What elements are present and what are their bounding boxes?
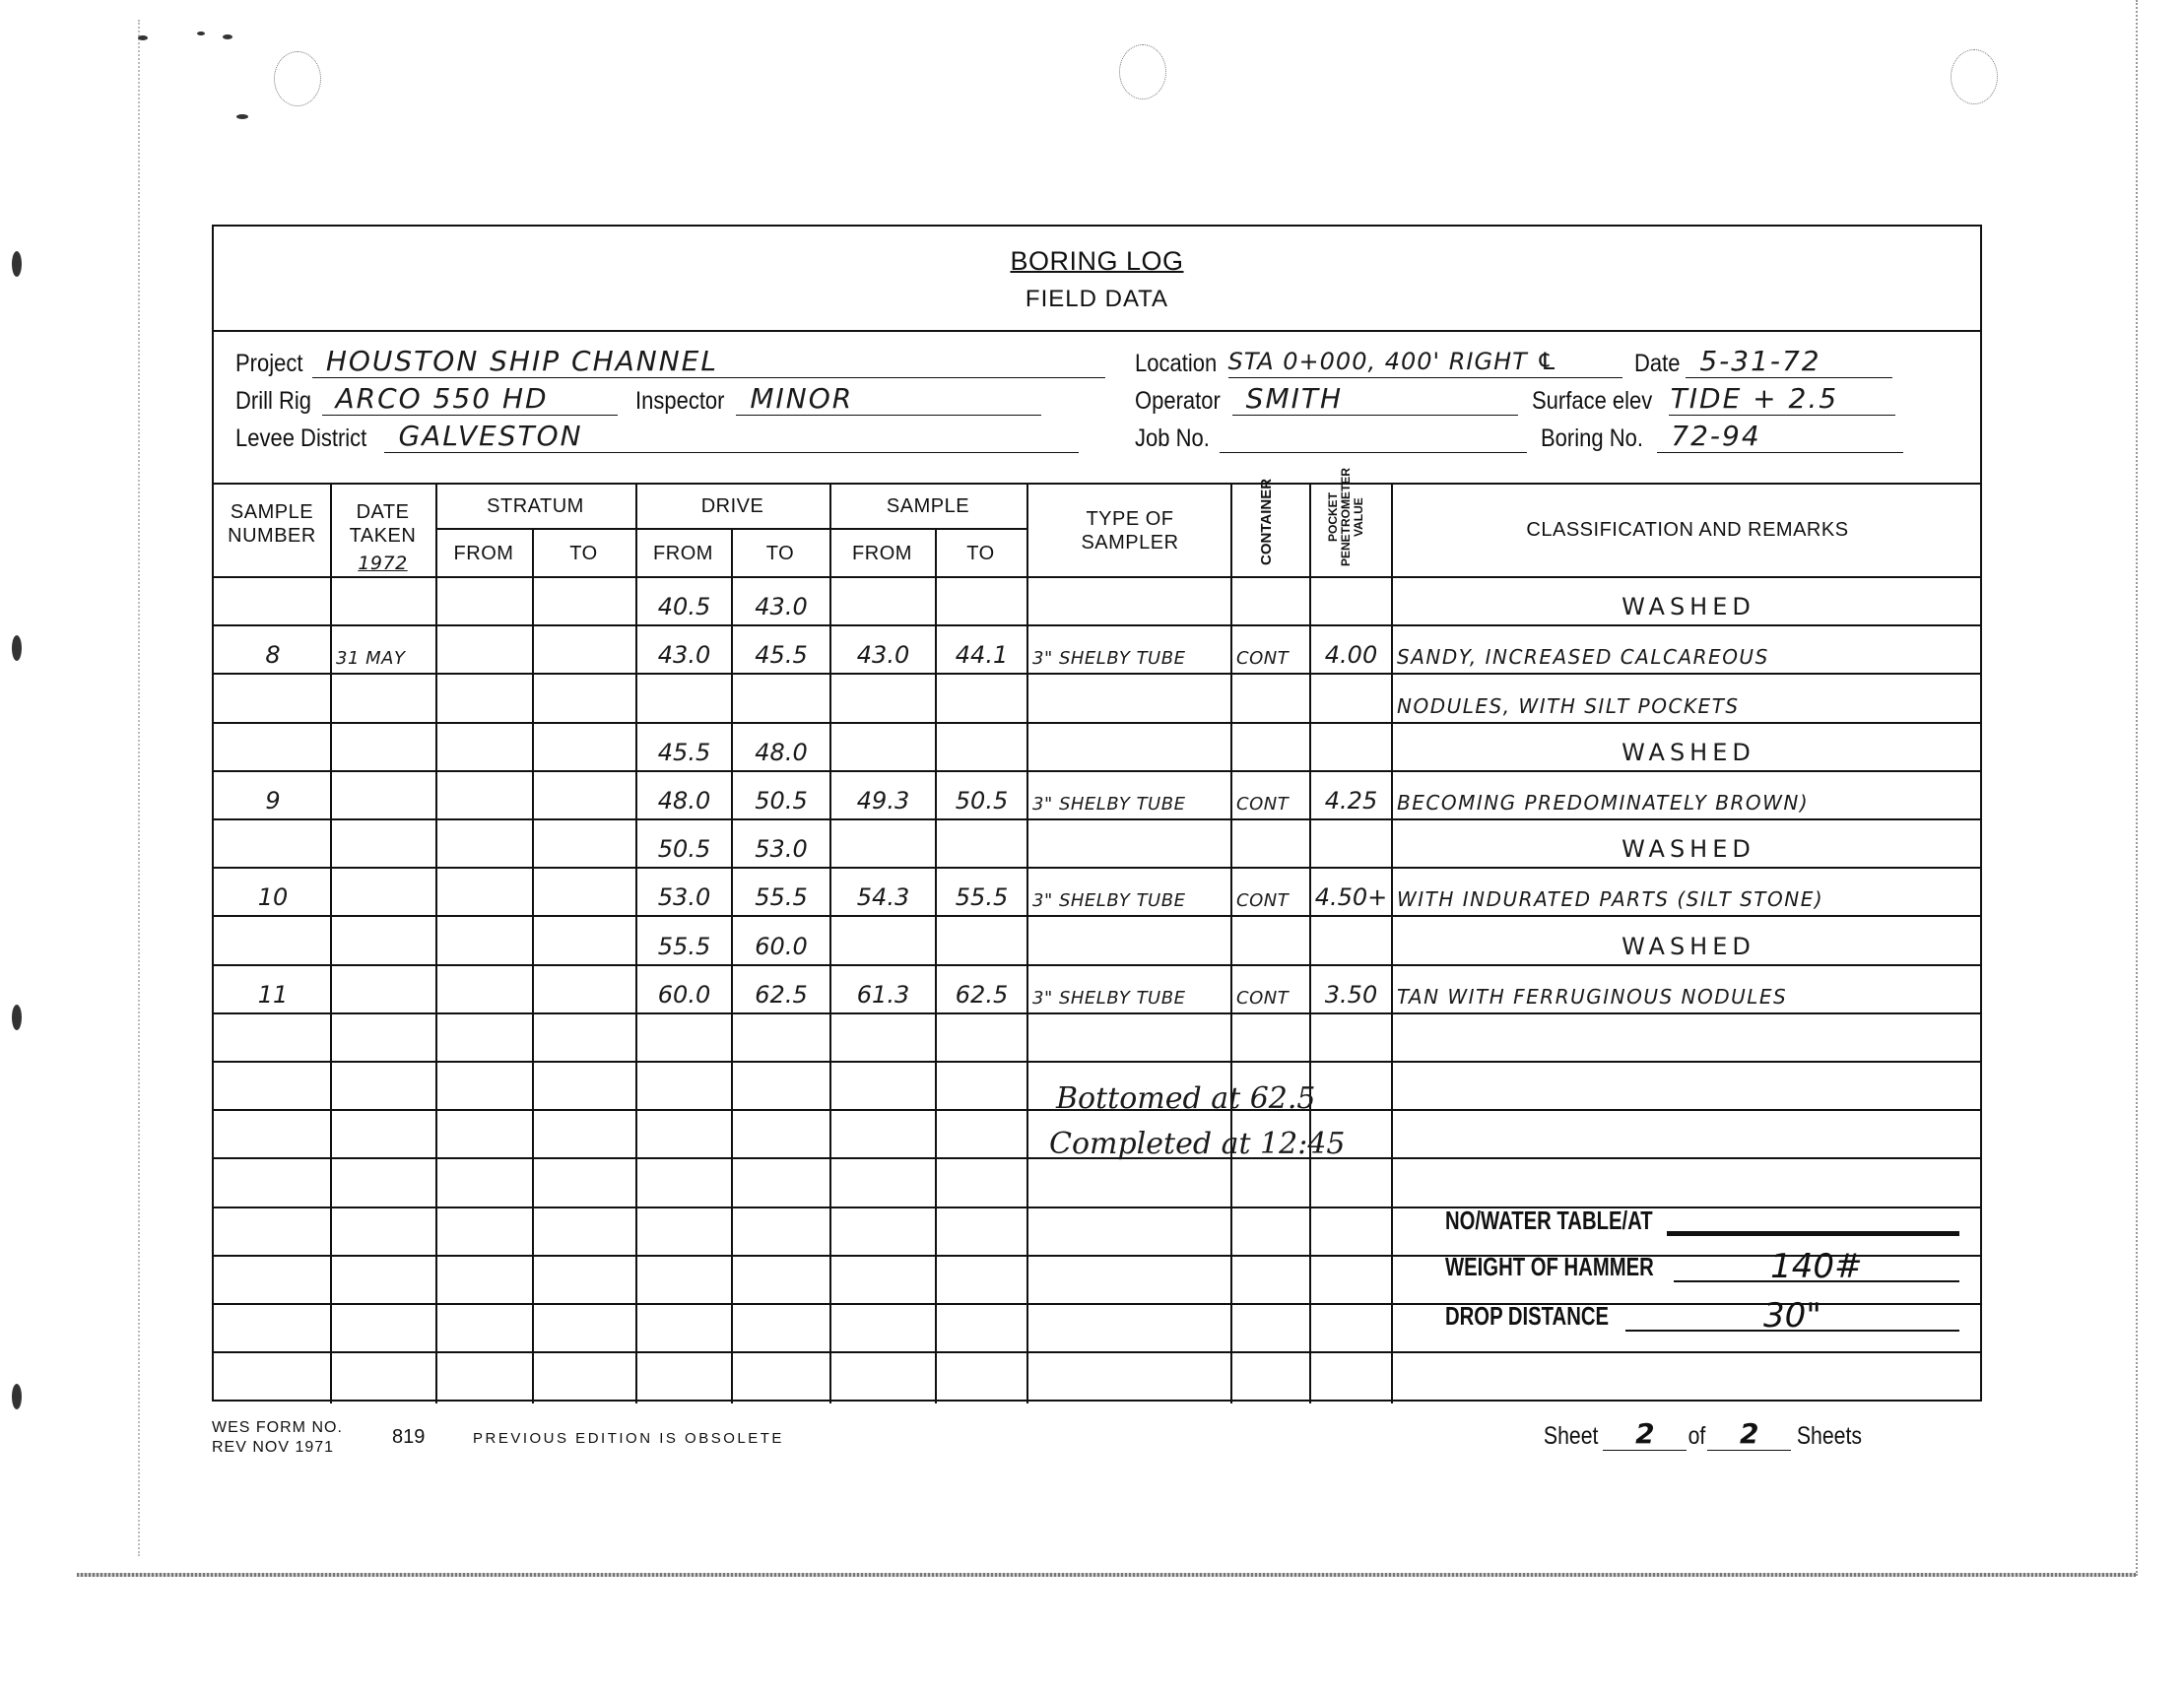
- col-line: [1391, 483, 1393, 1403]
- cell-drive-from[interactable]: 40.5: [641, 576, 727, 620]
- cell-sample-from[interactable]: [835, 722, 931, 766]
- cell-sampler[interactable]: [1032, 915, 1226, 959]
- scan-speck: [223, 34, 232, 39]
- sheet-total[interactable]: 2: [1707, 1420, 1791, 1451]
- header-pocket-penetrometer: POCKET PENETROMETER VALUE: [1327, 461, 1376, 573]
- hammer-weight-value[interactable]: 140#: [1674, 1251, 1959, 1282]
- form-subtitle: FIELD DATA: [214, 286, 1980, 313]
- job-no-value[interactable]: [1220, 422, 1527, 453]
- scan-speck: [138, 35, 148, 40]
- scan-speck: [197, 32, 205, 35]
- form-title: BORING LOG: [214, 246, 1980, 277]
- header-stratum-to: TO: [532, 542, 635, 565]
- cell-sample-no[interactable]: [220, 673, 326, 717]
- page-edge-bottom: [77, 1573, 2136, 1577]
- cell-sample-to[interactable]: 62.5: [941, 964, 1023, 1009]
- header-sample-to: TO: [935, 542, 1026, 565]
- cell-drive-to[interactable]: 53.0: [737, 818, 826, 863]
- water-table-field: NO/WATER TABLE/AT: [1445, 1202, 1959, 1236]
- header-sample-number: SAMPLE NUMBER: [214, 500, 330, 548]
- note-bottomed: Bottomed at 62.5: [1056, 1081, 1316, 1116]
- col-line: [1230, 483, 1232, 1403]
- inspector-value[interactable]: MINOR: [736, 384, 1041, 416]
- cell-sample-to[interactable]: 55.5: [941, 867, 1023, 911]
- cell-sample-from[interactable]: 61.3: [835, 964, 931, 1009]
- cell-drive-from[interactable]: 60.0: [641, 964, 727, 1009]
- cell-drive-to[interactable]: [737, 673, 826, 717]
- cell-container[interactable]: [1236, 818, 1305, 863]
- cell-stratum-to[interactable]: [538, 818, 631, 863]
- cell-remarks[interactable]: WASHED: [1397, 818, 1980, 863]
- cell-sample-no[interactable]: [220, 576, 326, 620]
- cell-stratum-to[interactable]: [538, 964, 631, 1009]
- col-line: [435, 483, 437, 1403]
- cell-sample-to[interactable]: [941, 576, 1023, 620]
- header-drive-from: FROM: [635, 542, 731, 565]
- cell-sample-from[interactable]: [835, 818, 931, 863]
- water-table-value[interactable]: [1667, 1202, 1959, 1236]
- row-line: [214, 1012, 1980, 1014]
- cell-sample-no[interactable]: [220, 818, 326, 863]
- cell-sample-from[interactable]: [835, 673, 931, 717]
- cell-date[interactable]: [336, 722, 431, 766]
- cell-stratum-to[interactable]: [538, 770, 631, 815]
- cell-remarks[interactable]: WASHED: [1397, 915, 1980, 959]
- cell-drive-to[interactable]: 48.0: [737, 722, 826, 766]
- header-type-of-sampler: TYPE OF SAMPLER: [1061, 507, 1199, 554]
- cell-stratum-to[interactable]: [538, 673, 631, 717]
- punch-hole-right: [1951, 49, 1998, 104]
- cell-sample-no[interactable]: 11: [220, 964, 326, 1009]
- row-line: [214, 1400, 1980, 1402]
- cell-penetrometer[interactable]: [1315, 576, 1387, 620]
- cell-date[interactable]: [336, 770, 431, 815]
- cell-remarks[interactable]: SANDY, INCREASED CALCAREOUS: [1397, 624, 1980, 669]
- cell-container[interactable]: CONT: [1236, 624, 1305, 669]
- levee-district-field: Levee District GALVESTON: [235, 422, 1079, 453]
- cell-remarks[interactable]: TAN WITH FERRUGINOUS NODULES: [1397, 964, 1980, 1009]
- cell-sampler[interactable]: 3" SHELBY TUBE: [1032, 867, 1226, 911]
- hammer-weight-field: WEIGHT OF HAMMER 140#: [1445, 1251, 1959, 1282]
- cell-drive-to[interactable]: 50.5: [737, 770, 826, 815]
- cell-sample-to[interactable]: [941, 915, 1023, 959]
- cell-drive-from[interactable]: 45.5: [641, 722, 727, 766]
- scan-speck: [12, 635, 22, 661]
- drill-rig-field: Drill Rig ARCO 550 HD Inspector MINOR: [235, 384, 1041, 416]
- header-classification: CLASSIFICATION AND REMARKS: [1391, 518, 1984, 542]
- cell-date[interactable]: [336, 867, 431, 911]
- cell-sampler[interactable]: [1032, 818, 1226, 863]
- cell-sample-to[interactable]: [941, 722, 1023, 766]
- cell-stratum-from[interactable]: [441, 673, 528, 717]
- cell-drive-from[interactable]: [641, 673, 727, 717]
- cell-sample-to[interactable]: 44.1: [941, 624, 1023, 669]
- cell-drive-to[interactable]: 43.0: [737, 576, 826, 620]
- cell-date[interactable]: [336, 964, 431, 1009]
- cell-stratum-from[interactable]: [441, 576, 528, 620]
- form-number-block: WES FORM NO. REV NOV 1971: [212, 1418, 343, 1458]
- cell-drive-from[interactable]: 48.0: [641, 770, 727, 815]
- cell-container[interactable]: [1236, 576, 1305, 620]
- cell-date[interactable]: [336, 576, 431, 620]
- cell-sampler[interactable]: [1032, 722, 1226, 766]
- date-value[interactable]: 5-31-72: [1686, 347, 1892, 378]
- sheet-number[interactable]: 2: [1603, 1420, 1687, 1451]
- cell-stratum-from[interactable]: [441, 867, 528, 911]
- cell-container[interactable]: [1236, 915, 1305, 959]
- header-sample: SAMPLE: [829, 494, 1026, 518]
- drop-distance-value[interactable]: 30": [1625, 1300, 1959, 1332]
- page-edge-right: [2136, 0, 2138, 1576]
- cell-sample-no[interactable]: [220, 915, 326, 959]
- cell-sample-from[interactable]: 54.3: [835, 867, 931, 911]
- scan-speck: [12, 1005, 22, 1030]
- cell-drive-to[interactable]: 60.0: [737, 915, 826, 959]
- row-line: [214, 1351, 1980, 1353]
- page-edge-left: [138, 20, 140, 1556]
- cell-drive-to[interactable]: 62.5: [737, 964, 826, 1009]
- cell-sample-from[interactable]: 49.3: [835, 770, 931, 815]
- cell-container[interactable]: [1236, 722, 1305, 766]
- col-line: [1026, 483, 1028, 1403]
- cell-drive-from[interactable]: 55.5: [641, 915, 727, 959]
- cell-sample-to[interactable]: [941, 673, 1023, 717]
- note-completed: Completed at 12:45: [1049, 1127, 1346, 1161]
- operator-field: Operator SMITH Surface elev TIDE + 2.5: [1135, 384, 1895, 416]
- form-revision: REV NOV 1971: [212, 1438, 343, 1458]
- cell-penetrometer[interactable]: 4.50+: [1315, 867, 1387, 911]
- header-container: CONTAINER: [1260, 471, 1273, 573]
- cell-stratum-from[interactable]: [441, 964, 528, 1009]
- cell-sample-no[interactable]: 10: [220, 867, 326, 911]
- cell-sample-to[interactable]: [941, 818, 1023, 863]
- cell-stratum-to[interactable]: [538, 624, 631, 669]
- cell-penetrometer[interactable]: [1315, 673, 1387, 717]
- cell-stratum-to[interactable]: [538, 915, 631, 959]
- cell-remarks[interactable]: BECOMING PREDOMINATELY BROWN): [1397, 770, 1980, 815]
- scan-speck: [12, 1384, 22, 1409]
- col-line: [635, 483, 637, 1403]
- cell-sample-no[interactable]: 9: [220, 770, 326, 815]
- operator-value[interactable]: SMITH: [1232, 384, 1518, 416]
- cell-container[interactable]: CONT: [1236, 770, 1305, 815]
- cell-date[interactable]: 31 MAY: [336, 624, 431, 669]
- boring-no-value[interactable]: 72-94: [1657, 422, 1903, 453]
- boring-log-form: BORING LOG FIELD DATA Project HOUSTON SH…: [212, 225, 1982, 1402]
- cell-drive-to[interactable]: 45.5: [737, 624, 826, 669]
- cell-penetrometer[interactable]: 4.25: [1315, 770, 1387, 815]
- cell-sample-no[interactable]: 8: [220, 624, 326, 669]
- form-no-label: WES FORM NO.: [212, 1418, 343, 1438]
- cell-remarks[interactable]: NODULES, WITH SILT POCKETS: [1397, 673, 1980, 717]
- cell-penetrometer[interactable]: 3.50: [1315, 964, 1387, 1009]
- cell-drive-to[interactable]: 55.5: [737, 867, 826, 911]
- header-date-year: 1972: [330, 552, 435, 575]
- header-date-taken: DATE TAKEN: [330, 500, 435, 548]
- cell-penetrometer[interactable]: [1315, 915, 1387, 959]
- cell-stratum-from[interactable]: [441, 770, 528, 815]
- cell-sample-no[interactable]: [220, 722, 326, 766]
- header-drive: DRIVE: [635, 494, 829, 518]
- scan-speck: [12, 251, 22, 277]
- cell-stratum-to[interactable]: [538, 867, 631, 911]
- cell-sample-to[interactable]: 50.5: [941, 770, 1023, 815]
- project-field: Project HOUSTON SHIP CHANNEL: [235, 347, 1105, 378]
- cell-drive-from[interactable]: 43.0: [641, 624, 727, 669]
- col-line: [829, 483, 831, 1403]
- table-top-line: [214, 483, 1980, 485]
- cell-stratum-from[interactable]: [441, 915, 528, 959]
- cell-sampler[interactable]: 3" SHELBY TUBE: [1032, 624, 1226, 669]
- project-value[interactable]: HOUSTON SHIP CHANNEL: [312, 347, 1105, 378]
- cell-date[interactable]: [336, 818, 431, 863]
- header-drive-to: TO: [731, 542, 829, 565]
- location-field: Location STA 0+000, 400' RIGHT ℄ Date 5-…: [1135, 347, 1892, 378]
- cell-remarks[interactable]: WITH INDURATED PARTS (SILT STONE): [1397, 867, 1980, 911]
- punch-hole-left: [274, 51, 321, 106]
- cell-penetrometer[interactable]: 4.00: [1315, 624, 1387, 669]
- cell-container[interactable]: [1236, 673, 1305, 717]
- form-number: 819: [392, 1426, 425, 1449]
- title-block: BORING LOG FIELD DATA: [214, 227, 1980, 332]
- cell-drive-from[interactable]: 53.0: [641, 867, 727, 911]
- cell-stratum-from[interactable]: [441, 624, 528, 669]
- header-stratum: STRATUM: [435, 494, 635, 518]
- cell-penetrometer[interactable]: [1315, 722, 1387, 766]
- cell-sampler[interactable]: [1032, 576, 1226, 620]
- cell-sampler[interactable]: [1032, 673, 1226, 717]
- scan-speck: [236, 114, 248, 119]
- surface-elev-value[interactable]: TIDE + 2.5: [1669, 384, 1895, 416]
- cell-remarks[interactable]: WASHED: [1397, 722, 1980, 766]
- cell-container[interactable]: CONT: [1236, 867, 1305, 911]
- cell-sampler[interactable]: 3" SHELBY TUBE: [1032, 770, 1226, 815]
- cell-sample-from[interactable]: 43.0: [835, 624, 931, 669]
- location-value[interactable]: STA 0+000, 400' RIGHT ℄: [1228, 347, 1622, 378]
- col-line: [330, 483, 332, 1403]
- cell-date[interactable]: [336, 673, 431, 717]
- punch-hole-center: [1119, 44, 1166, 99]
- cell-sample-from[interactable]: [835, 915, 931, 959]
- col-line: [1309, 483, 1311, 1403]
- job-no-field: Job No. Boring No. 72-94: [1135, 422, 1903, 453]
- drill-rig-value[interactable]: ARCO 550 HD: [322, 384, 618, 416]
- cell-stratum-from[interactable]: [441, 818, 528, 863]
- levee-district-value[interactable]: GALVESTON: [384, 422, 1079, 453]
- cell-drive-from[interactable]: 50.5: [641, 818, 727, 863]
- header-sample-from: FROM: [829, 542, 935, 565]
- cell-container[interactable]: CONT: [1236, 964, 1305, 1009]
- cell-remarks[interactable]: WASHED: [1397, 576, 1980, 620]
- header-stratum-from: FROM: [435, 542, 532, 565]
- cell-sample-from[interactable]: [835, 576, 931, 620]
- cell-sampler[interactable]: 3" SHELBY TUBE: [1032, 964, 1226, 1009]
- cell-penetrometer[interactable]: [1315, 818, 1387, 863]
- cell-date[interactable]: [336, 915, 431, 959]
- sheet-counter: Sheet 2 of 2 Sheets: [1539, 1420, 1868, 1451]
- cell-stratum-to[interactable]: [538, 722, 631, 766]
- row-line: [214, 1061, 1980, 1063]
- cell-stratum-from[interactable]: [441, 722, 528, 766]
- drop-distance-field: DROP DISTANCE 30": [1445, 1300, 1959, 1332]
- cell-stratum-to[interactable]: [538, 576, 631, 620]
- obsolete-notice: PREVIOUS EDITION IS OBSOLETE: [473, 1430, 784, 1447]
